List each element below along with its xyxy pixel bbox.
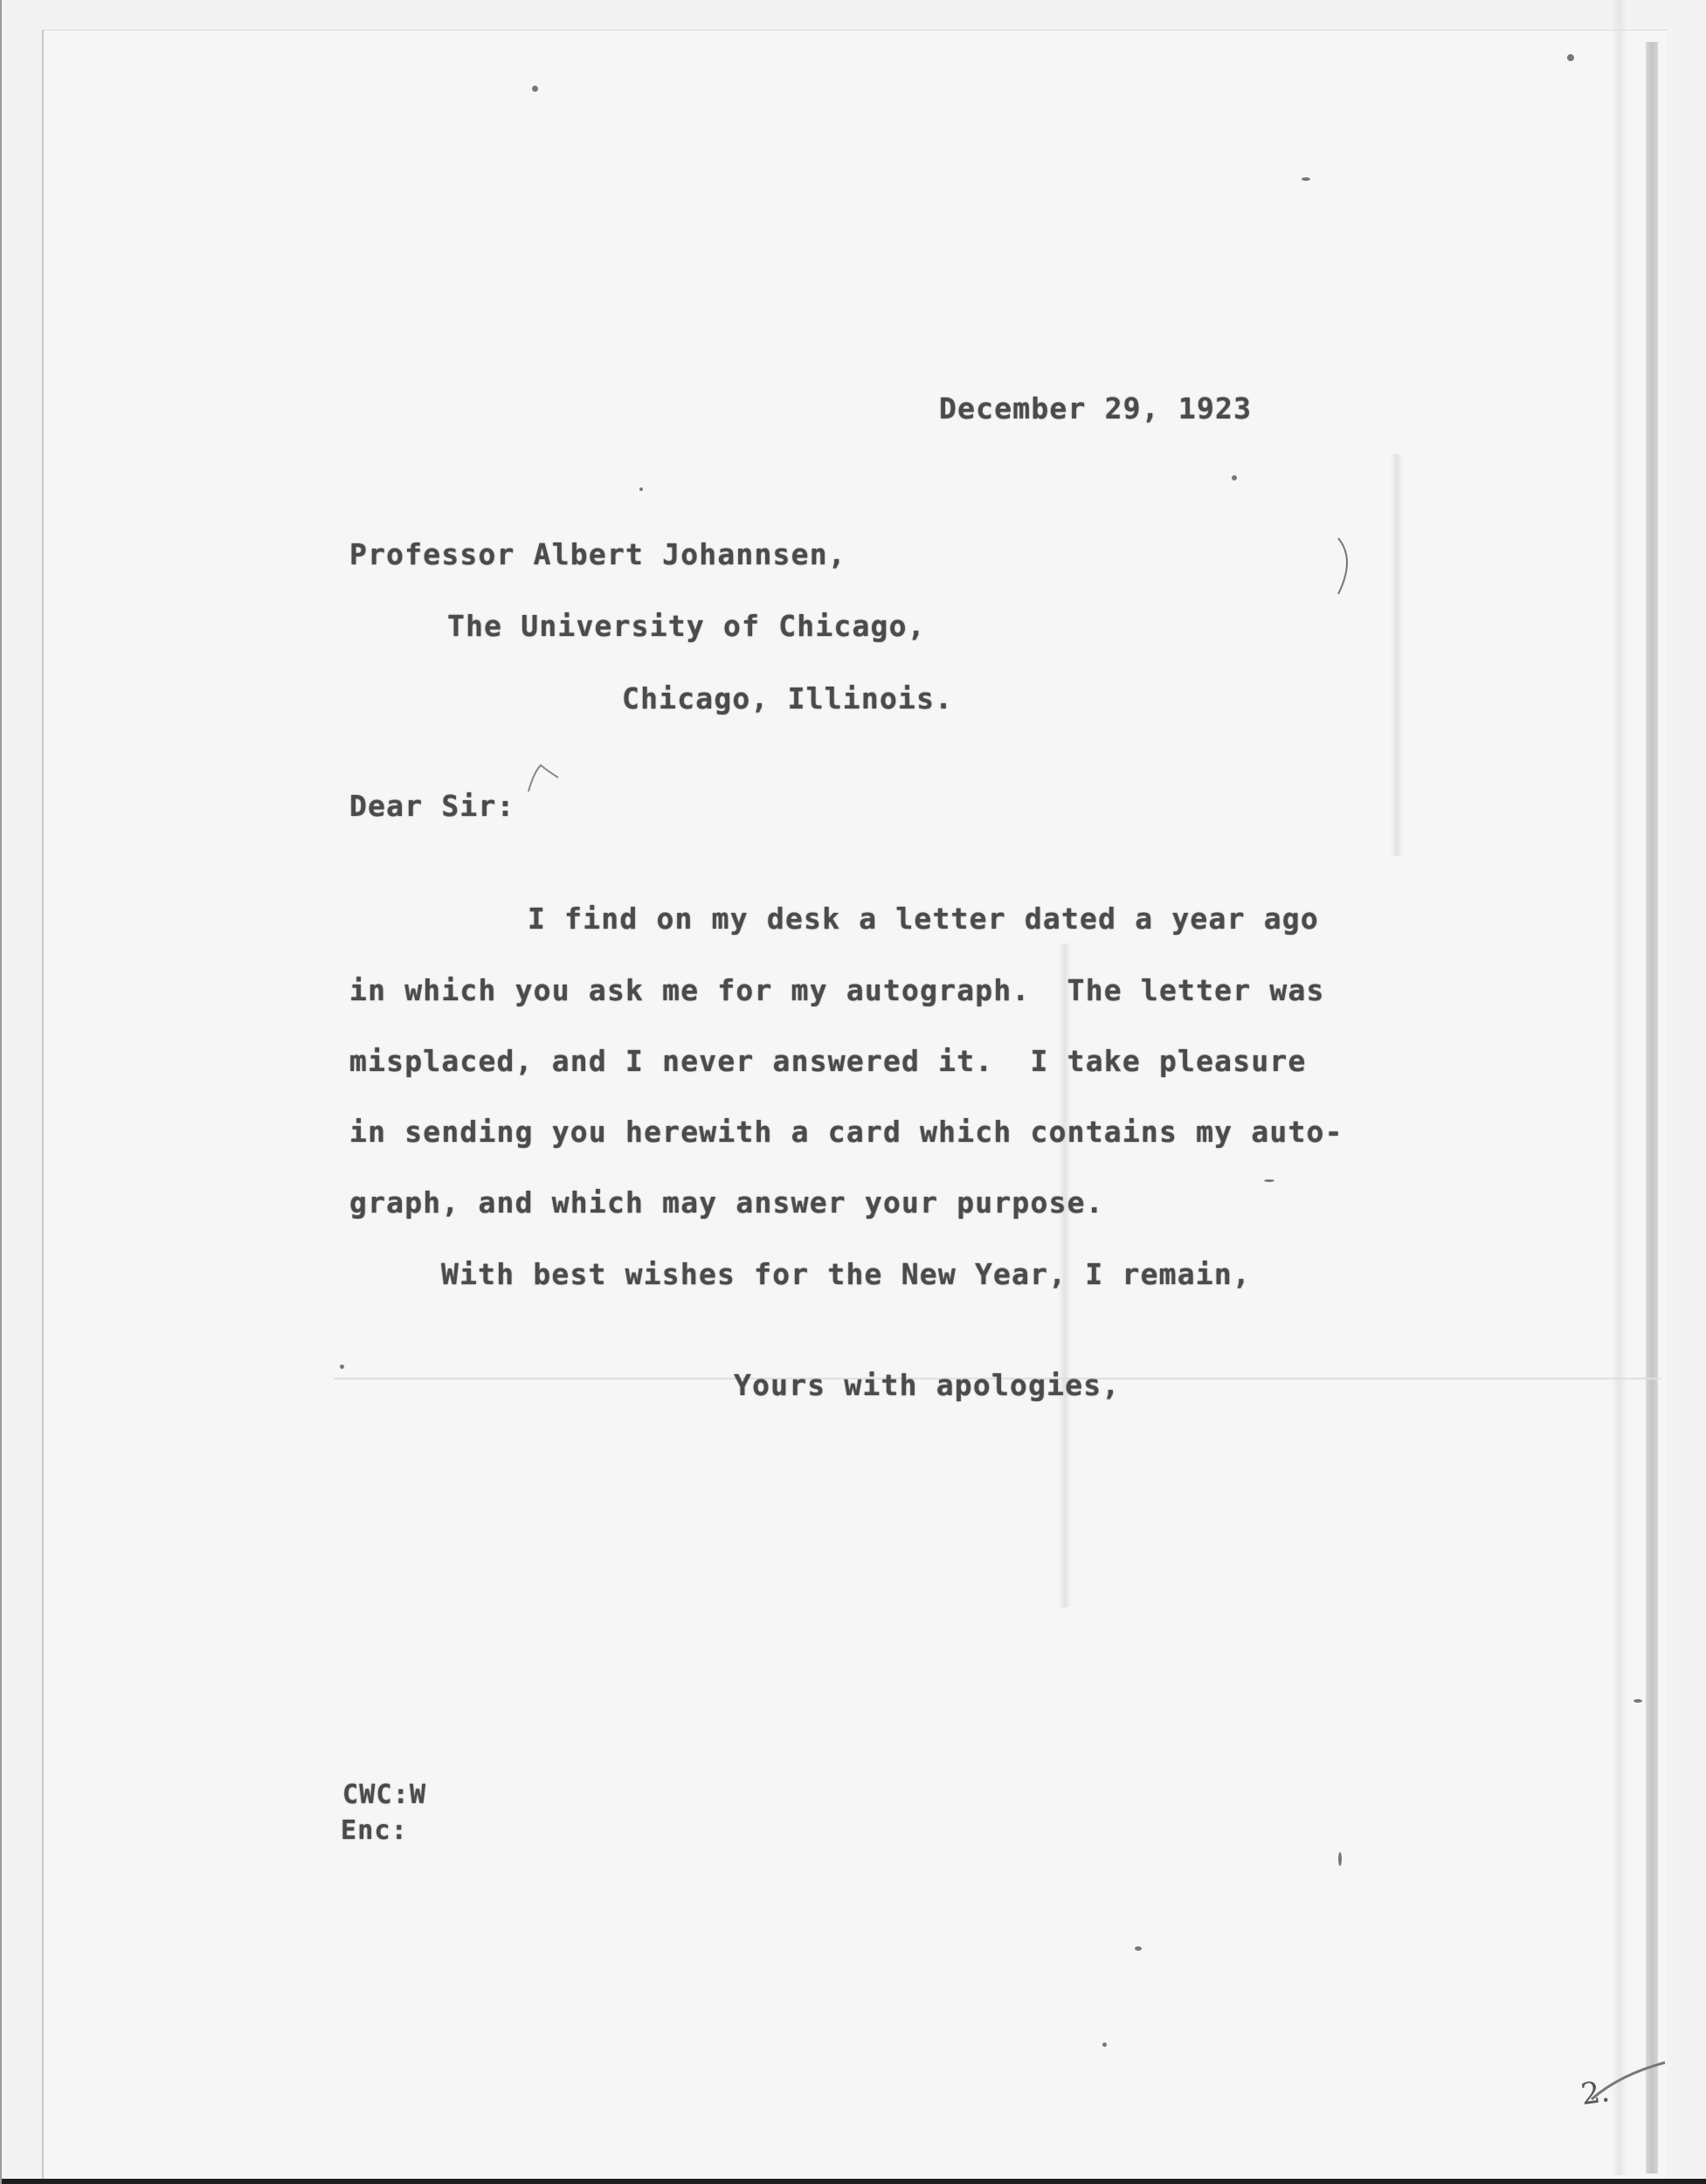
closing: Yours with apologies,	[734, 1368, 1120, 1402]
speck	[639, 487, 643, 491]
speck	[1567, 54, 1574, 61]
body-line: With best wishes for the New Year, I rem…	[441, 1257, 1251, 1291]
salutation: Dear Sir:	[349, 789, 515, 823]
recipient-institution: The University of Chicago,	[447, 609, 926, 643]
recipient-city: Chicago, Illinois.	[622, 681, 953, 715]
speck	[1232, 475, 1237, 480]
speck	[1102, 2042, 1107, 2047]
speck	[1633, 1699, 1642, 1703]
speck	[1264, 1179, 1274, 1182]
scanned-document: December 29, 1923 Professor Albert Johan…	[0, 0, 1706, 2184]
enclosure-note: Enc:	[341, 1815, 408, 1846]
scan-border	[2, 2179, 1706, 2184]
pen-stroke-icon	[1585, 2057, 1672, 2110]
page-edge-crease	[1612, 0, 1627, 2175]
body-line: in sending you herewith a card which con…	[349, 1115, 1343, 1149]
body-line: graph, and which may answer your purpose…	[349, 1185, 1104, 1220]
speck	[1338, 1852, 1342, 1866]
letter-page	[42, 30, 1667, 2179]
reference-initials: CWC:W	[342, 1780, 426, 1810]
pen-stroke-icon	[1330, 533, 1364, 603]
body-line: misplaced, and I never answered it. I ta…	[349, 1044, 1307, 1078]
crease-mark	[1391, 454, 1403, 856]
body-line: in which you ask me for my autograph. Th…	[349, 973, 1325, 1007]
recipient-name: Professor Albert Johannsen,	[349, 537, 846, 571]
speck	[532, 86, 538, 92]
page-edge-shadow	[1646, 42, 1658, 2174]
pen-stroke-icon	[521, 760, 565, 795]
speck	[1135, 1946, 1142, 1951]
speck	[340, 1365, 344, 1369]
letter-date: December 29, 1923	[939, 391, 1252, 425]
body-line: I find on my desk a letter dated a year …	[528, 902, 1319, 936]
speck	[1302, 177, 1310, 181]
